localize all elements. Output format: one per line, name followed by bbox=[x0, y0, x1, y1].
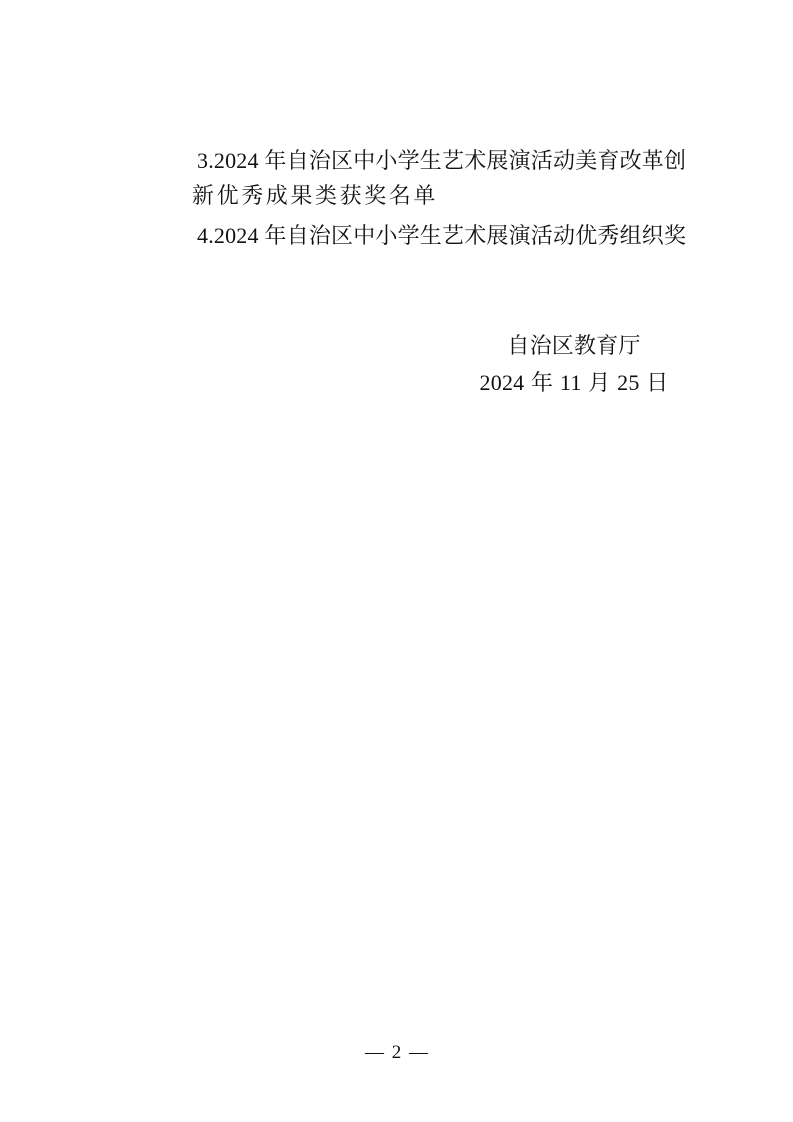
issuer-name: 自治区教育厅 bbox=[414, 335, 734, 357]
attachment-list-item-4: 4.2024 年自治区中小学生艺术展演活动优秀组织奖 bbox=[197, 225, 686, 247]
attachment-list-item-3: 3.2024 年自治区中小学生艺术展演活动美育改革创 bbox=[197, 150, 686, 172]
document-page: 3.2024 年自治区中小学生艺术展演活动美育改革创 新优秀成果类获奖名单 4.… bbox=[0, 0, 793, 1122]
attachment-list-item-3-continuation: 新优秀成果类获奖名单 bbox=[192, 185, 438, 207]
signature-block: 自治区教育厅 2024 年 11 月 25 日 bbox=[414, 335, 734, 394]
page-number: — 2 — bbox=[0, 1043, 793, 1062]
issue-date: 2024 年 11 月 25 日 bbox=[414, 372, 734, 394]
